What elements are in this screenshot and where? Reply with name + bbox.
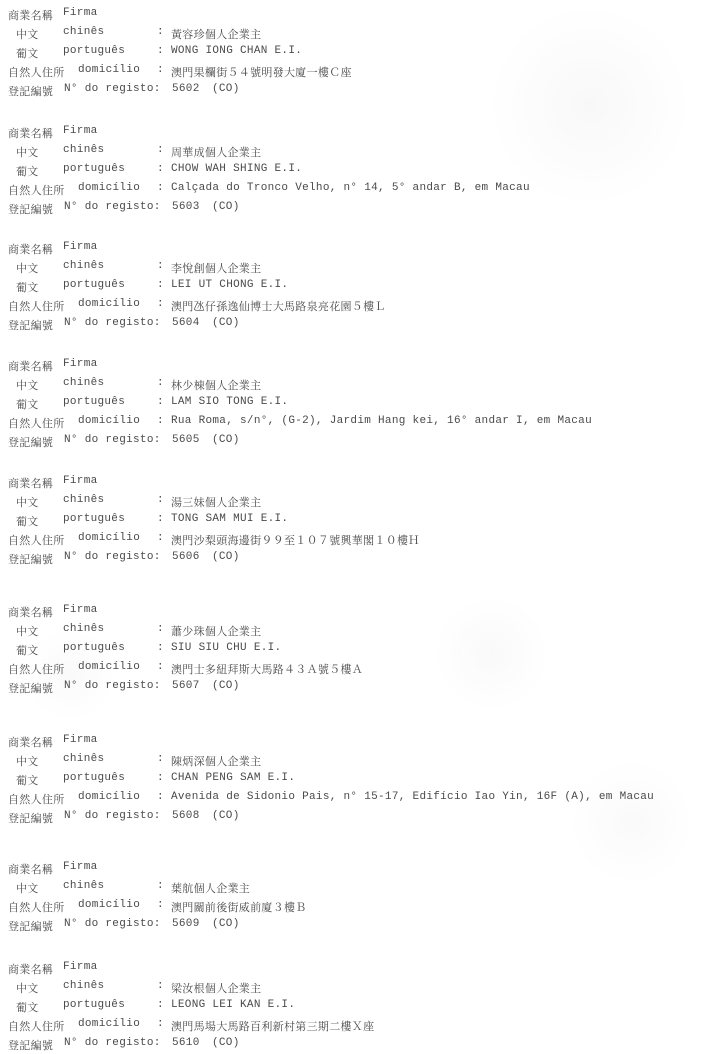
entry-address: Rua Roma, s/n°, (G-2), Jardim Hang kei, … [171,415,592,427]
domicile-row: 自然人住所 domicílio : 澳門關前後街威前廈３樓Ｂ [0,897,702,916]
entry-portuguese-name: SIU SIU CHU E.I. [171,642,281,654]
label-chinese-zh: 中文 [16,623,39,639]
portuguese-name-row: 葡文 português : CHAN PENG SAM E.I. [0,770,702,789]
label-domicile-zh: 自然人住所 [8,791,65,807]
label-chinese-pt: chinês [63,623,104,635]
registry-suffix: (CO) [212,83,240,95]
domicile-row: 自然人住所 domicílio : 澳門馬場大馬路百利新村第三期二樓Ｘ座 [0,1016,702,1035]
label-chinese-pt: chinês [63,377,104,389]
label-domicile-zh: 自然人住所 [8,298,65,314]
colon-separator: : [157,880,164,892]
label-domicile-zh: 自然人住所 [8,899,65,915]
entry-portuguese-name: LAM SIO TONG E.I. [171,396,288,408]
label-portuguese-zh: 葡文 [16,513,39,529]
registry-suffix: (CO) [212,551,240,563]
label-chinese-zh: 中文 [16,753,39,769]
label-portuguese-zh: 葡文 [16,642,39,658]
label-portuguese-pt: português [63,513,125,525]
colon-separator: : [157,899,164,911]
registry-number-row: 登記編號 N° do registo: 5603 (CO) [0,199,702,218]
registry-suffix: (CO) [212,918,240,930]
domicile-row: 自然人住所 domicílio : 澳門氹仔孫逸仙博士大馬路泉亮花園５樓Ｌ [0,296,702,315]
label-registry-pt: N° do registo: [64,201,161,213]
registry-number-row: 登記編號 N° do registo: 5608 (CO) [0,808,702,827]
entry-address: 澳門氹仔孫逸仙博士大馬路泉亮花園５樓Ｌ [171,298,386,314]
label-firm-pt: Firma [63,734,98,746]
colon-separator: : [157,144,164,156]
label-chinese-pt: chinês [63,26,104,38]
registry-number-row: 登記編號 N° do registo: 5610 (CO) [0,1035,702,1054]
label-portuguese-zh: 葡文 [16,45,39,61]
label-firm-pt: Firma [63,125,98,137]
entry-chinese-name: 陳炳深個人企業主 [171,753,261,769]
colon-separator: : [157,279,164,291]
label-firm-zh: 商業名稱 [8,475,53,491]
label-domicile-zh: 自然人住所 [8,415,65,431]
label-domicile-pt: domicílio [78,415,140,427]
label-portuguese-zh: 葡文 [16,279,39,295]
label-chinese-zh: 中文 [16,377,39,393]
entry-portuguese-name: CHOW WAH SHING E.I. [171,163,302,175]
label-portuguese-pt: português [63,642,125,654]
chinese-name-row: 中文 chinês : 林少棟個人企業主 [0,375,702,394]
colon-separator: : [157,260,164,272]
label-firm-pt: Firma [63,861,98,873]
label-chinese-zh: 中文 [16,26,39,42]
label-chinese-pt: chinês [63,260,104,272]
label-domicile-pt: domicílio [78,182,140,194]
entry-address: 澳門關前後街威前廈３樓Ｂ [171,899,307,915]
portuguese-name-row: 葡文 português : LEI UT CHONG E.I. [0,277,702,296]
label-firm-pt: Firma [63,604,98,616]
portuguese-name-row: 葡文 português : LAM SIO TONG E.I. [0,394,702,413]
entry-portuguese-name: CHAN PENG SAM E.I. [171,772,295,784]
entry-chinese-name: 梁汝根個人企業主 [171,980,261,996]
firm-header-row: 商業名稱 Firma [0,732,702,751]
registry-suffix: (CO) [212,810,240,822]
registry-suffix: (CO) [212,317,240,329]
registry-entry: 商業名稱 Firma 中文 chinês : 李悅創個人企業主 葡文 portu… [0,239,702,334]
firm-header-row: 商業名稱 Firma [0,123,702,142]
entry-address: 澳門沙梨頭海邊街９９至１０７號興華閣１０樓Ｈ [171,532,420,548]
label-registry-pt: N° do registo: [64,551,161,563]
entry-portuguese-name: WONG IONG CHAN E.I. [171,45,302,57]
colon-separator: : [157,999,164,1011]
label-chinese-zh: 中文 [16,494,39,510]
label-firm-pt: Firma [63,7,98,19]
label-registry-zh: 登記編號 [8,317,53,333]
registry-number: 5605 [172,434,200,446]
domicile-row: 自然人住所 domicílio : 澳門士多紐拜斯大馬路４３Ａ號５樓Ａ [0,659,702,678]
label-chinese-zh: 中文 [16,880,39,896]
registry-entry: 商業名稱 Firma 中文 chinês : 梁汝根個人企業主 葡文 portu… [0,959,702,1054]
domicile-row: 自然人住所 domicílio : Calçada do Tronco Velh… [0,180,702,199]
entry-address: 澳門士多紐拜斯大馬路４３Ａ號５樓Ａ [171,661,363,677]
label-chinese-pt: chinês [63,753,104,765]
label-firm-zh: 商業名稱 [8,961,53,977]
registry-entry: 商業名稱 Firma 中文 chinês : 黃容珍個人企業主 葡文 portu… [0,5,702,100]
colon-separator: : [157,661,164,673]
colon-separator: : [157,980,164,992]
domicile-row: 自然人住所 domicílio : 澳門沙梨頭海邊街９９至１０７號興華閣１０樓Ｈ [0,530,702,549]
registry-entry: 商業名稱 Firma 中文 chinês : 湯三妹個人企業主 葡文 portu… [0,473,702,568]
label-domicile-pt: domicílio [78,1018,140,1030]
colon-separator: : [157,494,164,506]
label-domicile-pt: domicílio [78,791,140,803]
chinese-name-row: 中文 chinês : 蕭少珠個人企業主 [0,621,702,640]
label-registry-pt: N° do registo: [64,810,161,822]
colon-separator: : [157,753,164,765]
label-firm-pt: Firma [63,961,98,973]
entry-address: 澳門馬場大馬路百利新村第三期二樓Ｘ座 [171,1018,374,1034]
colon-separator: : [157,1018,164,1030]
registry-number-row: 登記編號 N° do registo: 5602 (CO) [0,81,702,100]
chinese-name-row: 中文 chinês : 黃容珍個人企業主 [0,24,702,43]
colon-separator: : [157,623,164,635]
registry-number: 5608 [172,810,200,822]
registry-suffix: (CO) [212,201,240,213]
colon-separator: : [157,182,164,194]
label-registry-pt: N° do registo: [64,434,161,446]
label-portuguese-zh: 葡文 [16,999,39,1015]
registry-entry: 商業名稱 Firma 中文 chinês : 林少棟個人企業主 葡文 portu… [0,356,702,451]
domicile-row: 自然人住所 domicílio : 澳門果欄街５４號明發大廈一樓Ｃ座 [0,62,702,81]
label-portuguese-zh: 葡文 [16,163,39,179]
label-registry-zh: 登記編號 [8,1037,53,1053]
registry-number-row: 登記編號 N° do registo: 5604 (CO) [0,315,702,334]
domicile-row: 自然人住所 domicílio : Rua Roma, s/n°, (G-2),… [0,413,702,432]
colon-separator: : [157,163,164,175]
registry-number: 5609 [172,918,200,930]
domicile-row: 自然人住所 domicílio : Avenida de Sidonio Pai… [0,789,702,808]
label-domicile-pt: domicílio [78,532,140,544]
label-firm-zh: 商業名稱 [8,734,53,750]
label-chinese-zh: 中文 [16,980,39,996]
colon-separator: : [157,298,164,310]
chinese-name-row: 中文 chinês : 葉航個人企業主 [0,878,702,897]
portuguese-name-row: 葡文 português : CHOW WAH SHING E.I. [0,161,702,180]
portuguese-name-row: 葡文 português : SIU SIU CHU E.I. [0,640,702,659]
label-domicile-zh: 自然人住所 [8,64,65,80]
entry-chinese-name: 葉航個人企業主 [171,880,250,896]
colon-separator: : [157,396,164,408]
entry-chinese-name: 林少棟個人企業主 [171,377,261,393]
label-portuguese-zh: 葡文 [16,396,39,412]
chinese-name-row: 中文 chinês : 梁汝根個人企業主 [0,978,702,997]
portuguese-name-row: 葡文 português : WONG IONG CHAN E.I. [0,43,702,62]
label-domicile-pt: domicílio [78,64,140,76]
label-firm-pt: Firma [63,358,98,370]
firm-header-row: 商業名稱 Firma [0,959,702,978]
chinese-name-row: 中文 chinês : 陳炳深個人企業主 [0,751,702,770]
firm-header-row: 商業名稱 Firma [0,356,702,375]
label-portuguese-pt: português [63,163,125,175]
label-chinese-pt: chinês [63,980,104,992]
label-registry-zh: 登記編號 [8,680,53,696]
label-portuguese-pt: português [63,772,125,784]
label-registry-pt: N° do registo: [64,317,161,329]
portuguese-name-row: 葡文 português : LEONG LEI KAN E.I. [0,997,702,1016]
registry-number: 5606 [172,551,200,563]
entry-portuguese-name: TONG SAM MUI E.I. [171,513,288,525]
registry-number: 5603 [172,201,200,213]
label-domicile-zh: 自然人住所 [8,1018,65,1034]
entry-portuguese-name: LEONG LEI KAN E.I. [171,999,295,1011]
firm-header-row: 商業名稱 Firma [0,859,702,878]
registry-suffix: (CO) [212,434,240,446]
registry-number-row: 登記編號 N° do registo: 5607 (CO) [0,678,702,697]
colon-separator: : [157,26,164,38]
registry-suffix: (CO) [212,1037,240,1049]
firm-header-row: 商業名稱 Firma [0,602,702,621]
colon-separator: : [157,64,164,76]
colon-separator: : [157,532,164,544]
registry-entry: 商業名稱 Firma 中文 chinês : 蕭少珠個人企業主 葡文 portu… [0,602,702,697]
registry-number-row: 登記編號 N° do registo: 5609 (CO) [0,916,702,935]
label-registry-zh: 登記編號 [8,810,53,826]
chinese-name-row: 中文 chinês : 湯三妹個人企業主 [0,492,702,511]
label-domicile-zh: 自然人住所 [8,182,65,198]
firm-header-row: 商業名稱 Firma [0,5,702,24]
chinese-name-row: 中文 chinês : 周華成個人企業主 [0,142,702,161]
entry-portuguese-name: LEI UT CHONG E.I. [171,279,288,291]
label-firm-zh: 商業名稱 [8,861,53,877]
label-portuguese-pt: português [63,279,125,291]
registry-suffix: (CO) [212,680,240,692]
colon-separator: : [157,791,164,803]
registry-number-row: 登記編號 N° do registo: 5606 (CO) [0,549,702,568]
portuguese-name-row: 葡文 português : TONG SAM MUI E.I. [0,511,702,530]
label-registry-zh: 登記編號 [8,918,53,934]
label-registry-pt: N° do registo: [64,918,161,930]
chinese-name-row: 中文 chinês : 李悅創個人企業主 [0,258,702,277]
colon-separator: : [157,415,164,427]
label-firm-zh: 商業名稱 [8,604,53,620]
label-domicile-pt: domicílio [78,298,140,310]
registry-entry: 商業名稱 Firma 中文 chinês : 葉航個人企業主 自然人住所 dom… [0,859,702,935]
label-domicile-pt: domicílio [78,899,140,911]
label-portuguese-pt: português [63,999,125,1011]
label-domicile-pt: domicílio [78,661,140,673]
firm-header-row: 商業名稱 Firma [0,239,702,258]
label-chinese-zh: 中文 [16,260,39,276]
label-chinese-pt: chinês [63,880,104,892]
registry-number: 5602 [172,83,200,95]
registry-number-row: 登記編號 N° do registo: 5605 (CO) [0,432,702,451]
label-chinese-pt: chinês [63,494,104,506]
registry-number: 5610 [172,1037,200,1049]
entry-chinese-name: 湯三妹個人企業主 [171,494,261,510]
label-registry-zh: 登記編號 [8,83,53,99]
entry-chinese-name: 李悅創個人企業主 [171,260,261,276]
entry-address: Calçada do Tronco Velho, n° 14, 5° andar… [171,182,530,194]
label-registry-zh: 登記編號 [8,434,53,450]
label-registry-pt: N° do registo: [64,83,161,95]
label-registry-pt: N° do registo: [64,1037,161,1049]
registry-entry: 商業名稱 Firma 中文 chinês : 周華成個人企業主 葡文 portu… [0,123,702,218]
label-domicile-zh: 自然人住所 [8,532,65,548]
label-registry-pt: N° do registo: [64,680,161,692]
entry-chinese-name: 黃容珍個人企業主 [171,26,261,42]
colon-separator: : [157,45,164,57]
label-registry-zh: 登記編號 [8,201,53,217]
registry-entry: 商業名稱 Firma 中文 chinês : 陳炳深個人企業主 葡文 portu… [0,732,702,827]
label-firm-pt: Firma [63,475,98,487]
label-portuguese-zh: 葡文 [16,772,39,788]
label-firm-zh: 商業名稱 [8,7,53,23]
registry-number: 5607 [172,680,200,692]
label-firm-pt: Firma [63,241,98,253]
label-chinese-pt: chinês [63,144,104,156]
label-registry-zh: 登記編號 [8,551,53,567]
colon-separator: : [157,772,164,784]
label-portuguese-pt: português [63,45,125,57]
label-firm-zh: 商業名稱 [8,358,53,374]
label-chinese-zh: 中文 [16,144,39,160]
colon-separator: : [157,377,164,389]
colon-separator: : [157,642,164,654]
firm-header-row: 商業名稱 Firma [0,473,702,492]
colon-separator: : [157,513,164,525]
entry-chinese-name: 蕭少珠個人企業主 [171,623,261,639]
entry-chinese-name: 周華成個人企業主 [171,144,261,160]
registry-number: 5604 [172,317,200,329]
entry-address: 澳門果欄街５４號明發大廈一樓Ｃ座 [171,64,352,80]
label-portuguese-pt: português [63,396,125,408]
registry-document-page: 商業名稱 Firma 中文 chinês : 黃容珍個人企業主 葡文 portu… [0,0,702,1054]
label-firm-zh: 商業名稱 [8,125,53,141]
entry-address: Avenida de Sidonio Pais, n° 15-17, Edifí… [171,791,654,803]
label-domicile-zh: 自然人住所 [8,661,65,677]
label-firm-zh: 商業名稱 [8,241,53,257]
